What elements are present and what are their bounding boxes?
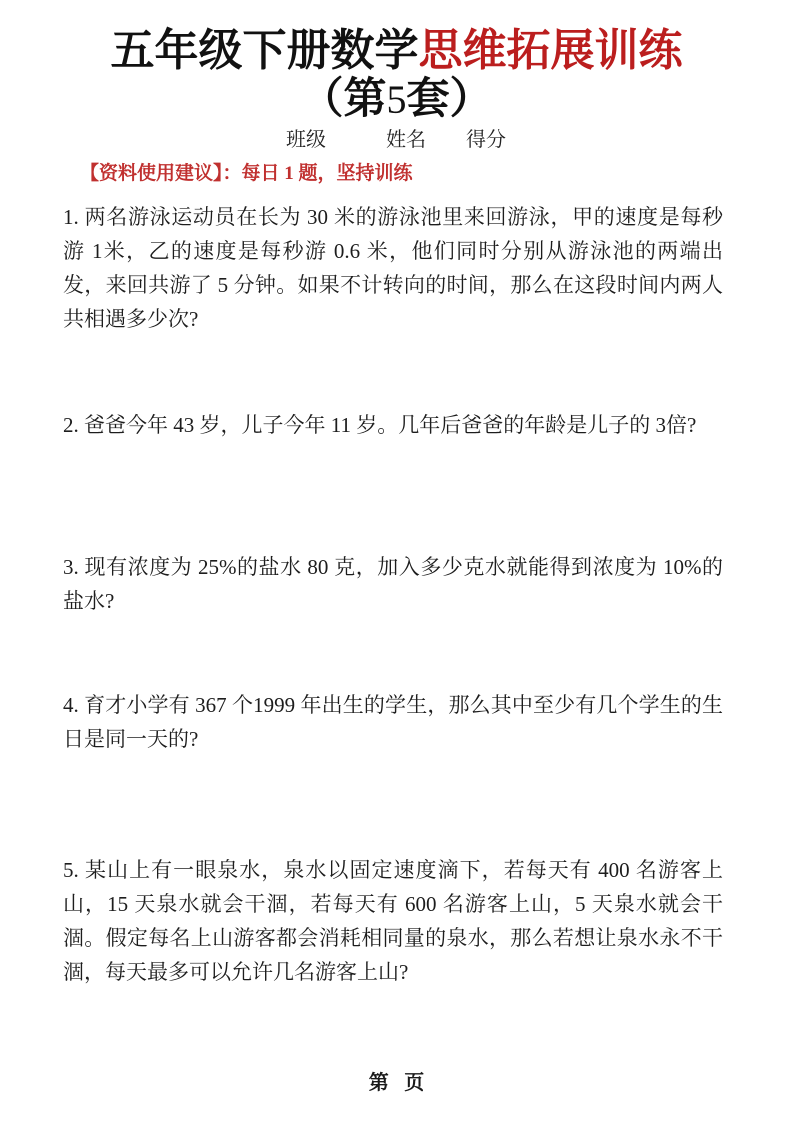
name-label: 姓名	[386, 128, 426, 152]
title-set-number: 5	[387, 77, 407, 122]
info-row: 班级姓名得分	[286, 128, 506, 152]
score-label: 得分	[466, 128, 506, 152]
title-set-prefix: （第	[301, 75, 387, 123]
usage-advice-note: 【资料使用建议】：每日 1 题，坚持训练	[80, 162, 413, 186]
question-3: 3. 现有浓度为 25%的盐水 80 克，加入多少克水就能得到浓度为 10%的盐…	[63, 550, 723, 618]
worksheet-page: 五年级下册数学思维拓展训练 （第5套） 班级姓名得分 【资料使用建议】：每日 1…	[0, 0, 793, 1122]
question-2: 2. 爸爸今年 43 岁，儿子今年 11 岁。几年后爸爸的年龄是儿子的 3倍?	[63, 408, 723, 442]
page-footer: 第 页	[0, 1066, 793, 1095]
question-4: 4. 育才小学有 367 个1999 年出生的学生，那么其中至少有几个学生的生日…	[63, 688, 723, 756]
question-1: 1. 两名游泳运动员在长为 30 米的游泳池里来回游泳，甲的速度是每秒游 1米，…	[63, 200, 723, 336]
page-title: 五年级下册数学思维拓展训练 （第5套）	[0, 26, 793, 123]
class-label: 班级	[286, 128, 326, 152]
title-text-black: 五年级下册数学	[111, 26, 419, 75]
question-5: 5. 某山上有一眼泉水，泉水以固定速度滴下，若每天有 400 名游客上山，15 …	[63, 853, 723, 989]
title-set-suffix: 套）	[407, 75, 493, 123]
title-line-2: （第5套）	[0, 76, 793, 123]
title-line-1: 五年级下册数学思维拓展训练	[0, 26, 793, 76]
title-text-red: 思维拓展训练	[419, 26, 683, 75]
